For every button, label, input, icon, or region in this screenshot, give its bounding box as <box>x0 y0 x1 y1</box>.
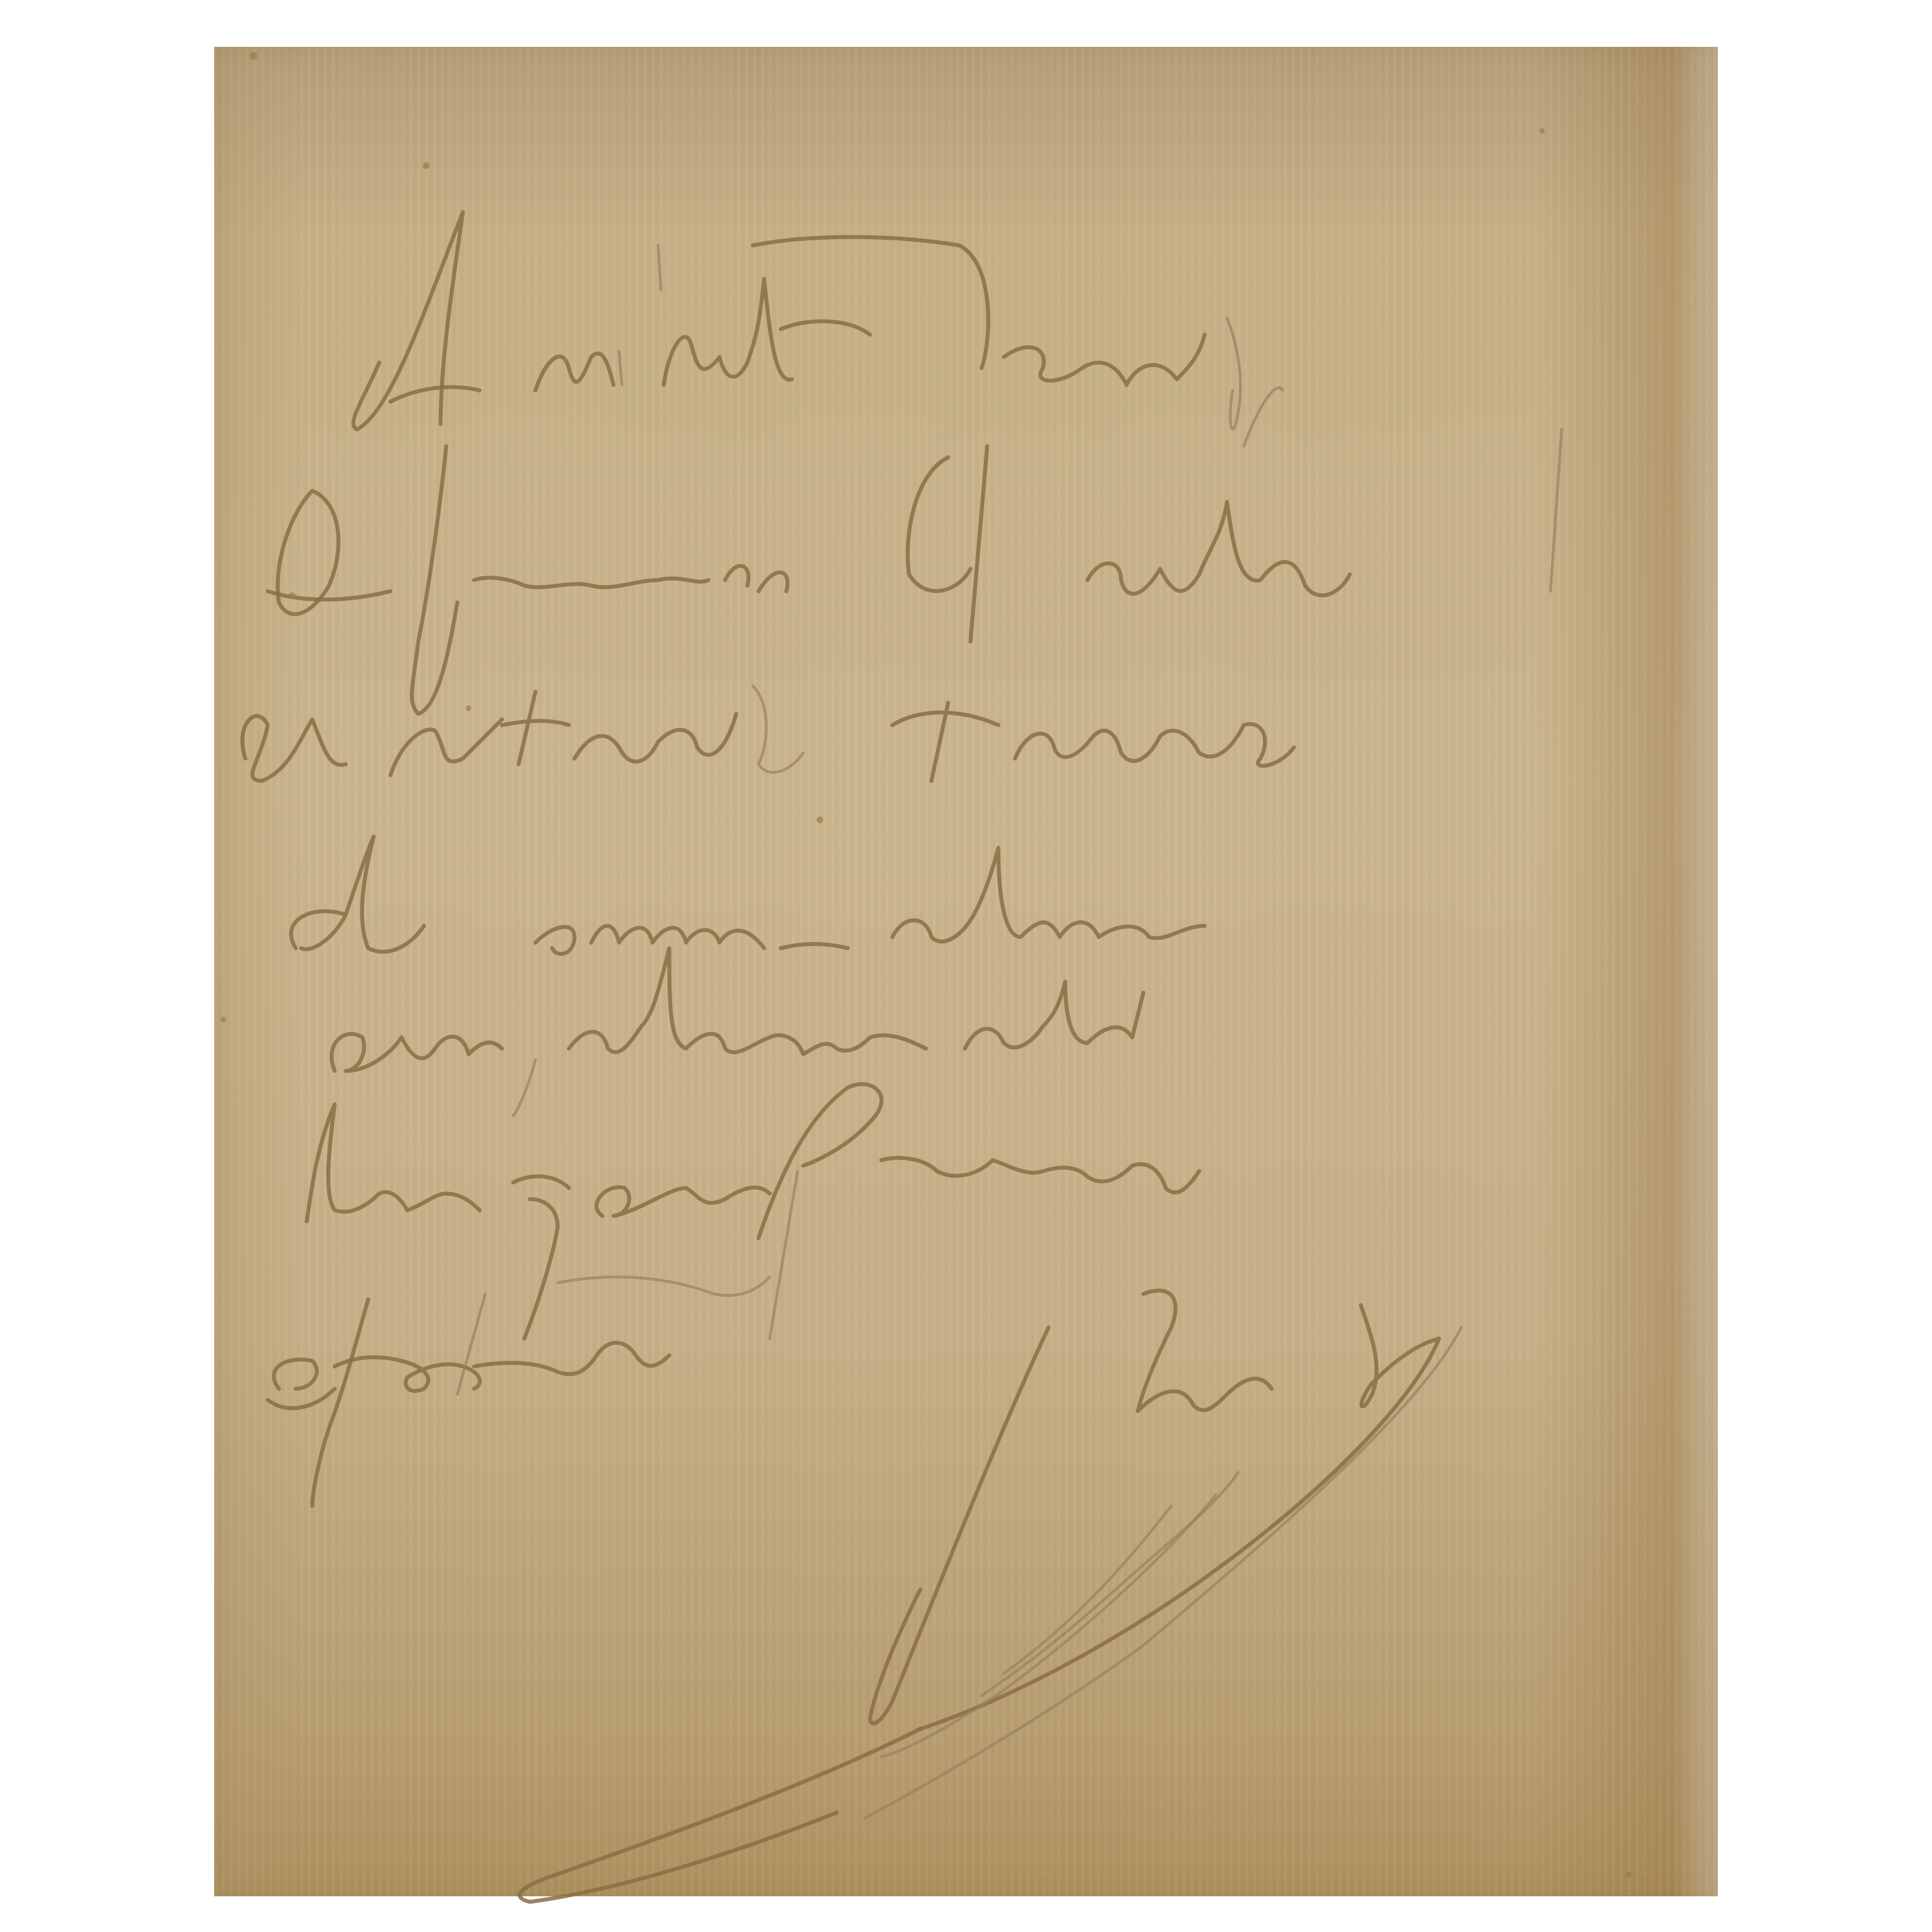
handwriting-strokes <box>0 0 1932 1932</box>
signature-strokes <box>520 1291 1461 1902</box>
line-4-strokes <box>291 837 1205 954</box>
line-5-strokes <box>332 948 1143 1115</box>
line-1-strokes <box>354 212 1240 429</box>
line-7-strokes <box>268 1277 770 1506</box>
line-3-strokes <box>243 686 1294 781</box>
paper-spots <box>220 52 1632 1878</box>
line-2-strokes <box>268 388 1562 714</box>
line-6-strokes <box>307 1084 1199 1339</box>
